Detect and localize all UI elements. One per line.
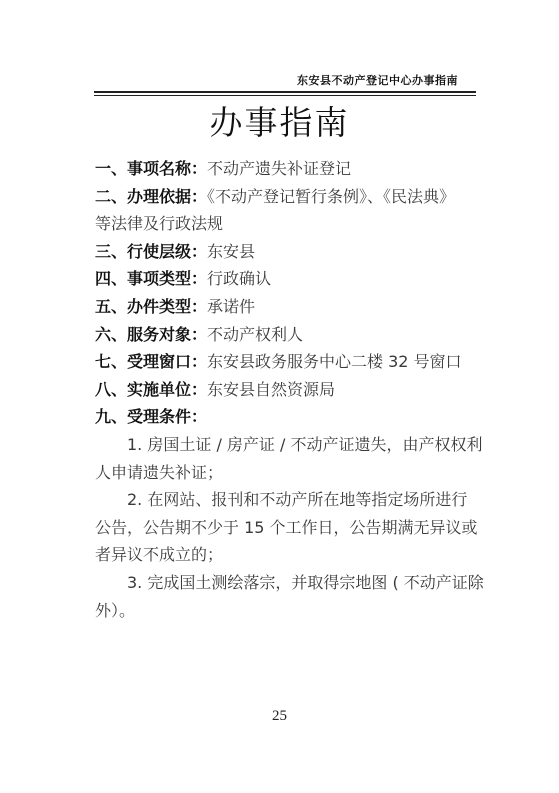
item-type: 四、事项类型：行政确认 — [95, 265, 481, 293]
item-label: 三、行使层级： — [95, 242, 207, 261]
item-value: 行政确认 — [207, 269, 271, 288]
item-label: 一、事项名称： — [95, 159, 207, 178]
item-case-type: 五、办件类型：承诺件 — [95, 293, 481, 321]
condition-text: 3. 完成国土测绘落宗，并取得宗地图 ( 不动产证除 — [127, 573, 484, 592]
item-value-continued: 等法律及行政法规 — [95, 214, 223, 233]
condition-text: 人申请遗失补证； — [95, 463, 223, 482]
header-rule-divider — [94, 91, 476, 96]
item-value: 东安县政务服务中心二楼 32 号窗口 — [207, 352, 462, 371]
item-label: 八、实施单位： — [95, 380, 207, 399]
item-value: 不动产权利人 — [207, 325, 303, 344]
item-name: 一、事项名称：不动产遗失补证登记 — [95, 155, 481, 183]
condition-3-continued: 外）。 — [95, 597, 481, 625]
condition-text: 外）。 — [95, 601, 135, 620]
item-agency: 八、实施单位：东安县自然资源局 — [95, 376, 481, 404]
item-value: 东安县自然资源局 — [207, 380, 335, 399]
item-value: 承诺件 — [207, 297, 255, 316]
condition-2-continued: 公告，公告期不少于 15 个工作日，公告期满无异议或 — [95, 514, 481, 542]
item-basis: 二、办理依据：《不动产登记暂行条例》、《民法典》 — [95, 183, 481, 211]
page-title: 办事指南 — [0, 100, 559, 146]
item-value: 东安县 — [207, 242, 255, 261]
condition-3: 3. 完成国土测绘落宗，并取得宗地图 ( 不动产证除 — [95, 569, 481, 597]
condition-2: 2. 在网站、报刊和不动产所在地等指定场所进行 — [95, 486, 481, 514]
item-label: 九、受理条件： — [95, 407, 207, 426]
item-service-target: 六、服务对象：不动产权利人 — [95, 321, 481, 349]
item-value: 《不动产登记暂行条例》、《民法典》 — [207, 187, 455, 206]
condition-text: 公告，公告期不少于 15 个工作日，公告期满无异议或 — [95, 518, 478, 537]
page-number: 25 — [0, 708, 559, 725]
document-page: 东安县不动产登记中心办事指南 办事指南 一、事项名称：不动产遗失补证登记 二、办… — [0, 0, 559, 793]
condition-2-continued: 者异议不成立的； — [95, 541, 481, 569]
condition-text: 1. 房国土证 / 房产证 / 不动产证遗失，由产权权利 — [127, 435, 482, 454]
item-label: 四、事项类型： — [95, 269, 207, 288]
item-label: 二、办理依据： — [95, 187, 207, 206]
item-conditions-heading: 九、受理条件： — [95, 403, 481, 431]
item-window: 七、受理窗口：东安县政务服务中心二楼 32 号窗口 — [95, 348, 481, 376]
item-label: 五、办件类型： — [95, 297, 207, 316]
condition-1-continued: 人申请遗失补证； — [95, 459, 481, 487]
item-value: 不动产遗失补证登记 — [207, 159, 351, 178]
running-header: 东安县不动产登记中心办事指南 — [94, 74, 476, 88]
item-basis-continued: 等法律及行政法规 — [95, 210, 481, 238]
item-label: 六、服务对象： — [95, 325, 207, 344]
condition-1: 1. 房国土证 / 房产证 / 不动产证遗失，由产权权利 — [95, 431, 481, 459]
item-level: 三、行使层级：东安县 — [95, 238, 481, 266]
condition-text: 2. 在网站、报刊和不动产所在地等指定场所进行 — [127, 490, 467, 509]
item-label: 七、受理窗口： — [95, 352, 207, 371]
condition-text: 者异议不成立的； — [95, 545, 223, 564]
guide-content: 一、事项名称：不动产遗失补证登记 二、办理依据：《不动产登记暂行条例》、《民法典… — [95, 155, 481, 624]
